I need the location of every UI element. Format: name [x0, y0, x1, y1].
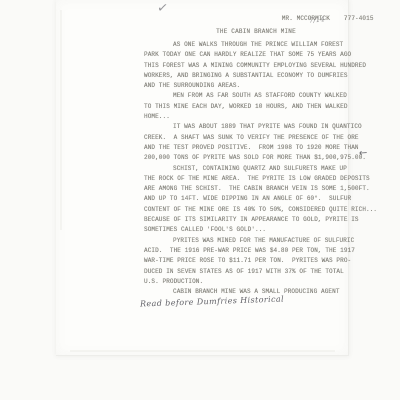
typed-line: WORKERS, AND BRINGING A SUBSTANTIAL ECON… [144, 71, 374, 81]
typed-line: THE ROCK OF THE MINE AREA. THE PYRITE IS… [144, 174, 374, 184]
typed-body: AS ONE WALKS THROUGH THE PRINCE WILLIAM … [144, 40, 374, 297]
typed-line: HOME... [144, 112, 374, 122]
paragraph: IT WAS ABOUT 1889 THAT PYRITE WAS FOUND … [144, 122, 374, 163]
phone-number: 777-4015 [344, 15, 374, 22]
scanned-page-sheet: ✓ MR. MCCORMICK777-4015 7/14 THE CABIN B… [56, 0, 349, 356]
typed-line: AND THE TEST PROVED POSITIVE. FROM 1908 … [144, 143, 374, 153]
typed-line: PYRITES WAS MINED FOR THE MANUFACTURE OF… [144, 236, 374, 246]
typed-line: DUCED IN SEVEN STATES AS OF 1917 WITH 37… [144, 267, 374, 277]
typed-line: 200,000 TONS OF PYRITE WAS SOLD FOR MORE… [144, 153, 374, 163]
typed-line: THIS FOREST WAS A MINING COMMUNITY EMPLO… [144, 61, 374, 71]
typed-line: CREEK. A SHAFT WAS SUNK TO VERIFY THE PR… [144, 133, 374, 143]
typed-line: MEN FROM AS FAR SOUTH AS STAFFORD COUNTY… [144, 91, 374, 101]
handwritten-arrow-icon: ← [359, 148, 368, 160]
typed-line: TO THIS MINE EACH DAY, WORKED 10 HOURS, … [144, 102, 374, 112]
typed-line: U.S. PRODUCTION. [144, 277, 374, 287]
typed-line: PARK TODAY ONE CAN HARDLY REALIZE THAT S… [144, 50, 374, 60]
typed-line: AND UP TO 14FT. WIDE DIPPING IN AN ANGLE… [144, 194, 374, 204]
handwritten-checkmark: ✓ [156, 0, 169, 16]
paragraph: PYRITES WAS MINED FOR THE MANUFACTURE OF… [144, 236, 374, 287]
typed-line: ACID. THE 1916 PRE-WAR PRICE WAS $4.80 P… [144, 246, 374, 256]
typed-line: ARE AMONG THE SCHIST. THE CABIN BRANCH V… [144, 184, 374, 194]
paragraph: MEN FROM AS FAR SOUTH AS STAFFORD COUNTY… [144, 91, 374, 122]
typed-line: WAR-TIME PRICE ROSE TO $11.71 PER TON. P… [144, 256, 374, 266]
typed-line: CONTENT OF THE MINE ORE IS 40% TO 50%, C… [144, 205, 374, 215]
typed-line: AND THE SURROUNDING AREAS. [144, 81, 374, 91]
scan-edge-smudge-bottom [70, 350, 335, 352]
paragraph: SCHIST, CONTAINING QUARTZ AND SULFURETS … [144, 164, 374, 236]
scan-edge-smudge-left [60, 10, 62, 230]
document-title: THE CABIN BRANCH MINE [144, 28, 368, 35]
typed-line: SCHIST, CONTAINING QUARTZ AND SULFURETS … [144, 164, 374, 174]
typed-line: AS ONE WALKS THROUGH THE PRINCE WILLIAM … [144, 40, 374, 50]
paragraph: AS ONE WALKS THROUGH THE PRINCE WILLIAM … [144, 40, 374, 91]
typed-line: IT WAS ABOUT 1889 THAT PYRITE WAS FOUND … [144, 122, 374, 132]
typed-line: BECAUSE OF ITS SIMILARITY IN APPEARANCE … [144, 215, 374, 225]
typed-line: SOMETIMES CALLED 'FOOL'S GOLD'... [144, 225, 374, 235]
handwritten-date-mark: 7/14 [309, 15, 325, 25]
